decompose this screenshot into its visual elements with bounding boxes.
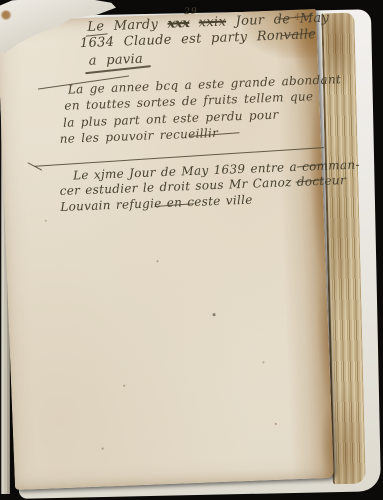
ink-speck: [156, 260, 158, 262]
ink-speck: [102, 448, 104, 450]
entry1-line3: a pavia: [88, 53, 143, 68]
photograph-background: 4 Le Mardy xxx 29xxix Jour de May 1634 C…: [0, 0, 383, 500]
torn-leaf-stain-spot: [0, 10, 12, 20]
ink-speck: [123, 385, 125, 387]
entry1-line1-prefix: Le Mardy: [87, 17, 158, 35]
rule-left-hook: [27, 162, 42, 171]
ink-speck: [212, 313, 215, 316]
ink-speck: [275, 423, 277, 425]
entry1-correction-group: 29xxix: [199, 16, 227, 30]
entry1-struck-word-1: xxx: [167, 16, 189, 32]
entry1-superscript-correction: 29: [184, 8, 198, 18]
entry1-struck-word-2: xxix: [198, 15, 226, 31]
manuscript-page: 4 Le Mardy xxx 29xxix Jour de May 1634 C…: [0, 9, 334, 490]
ink-speck: [262, 361, 264, 363]
ink-speck: [45, 220, 47, 222]
